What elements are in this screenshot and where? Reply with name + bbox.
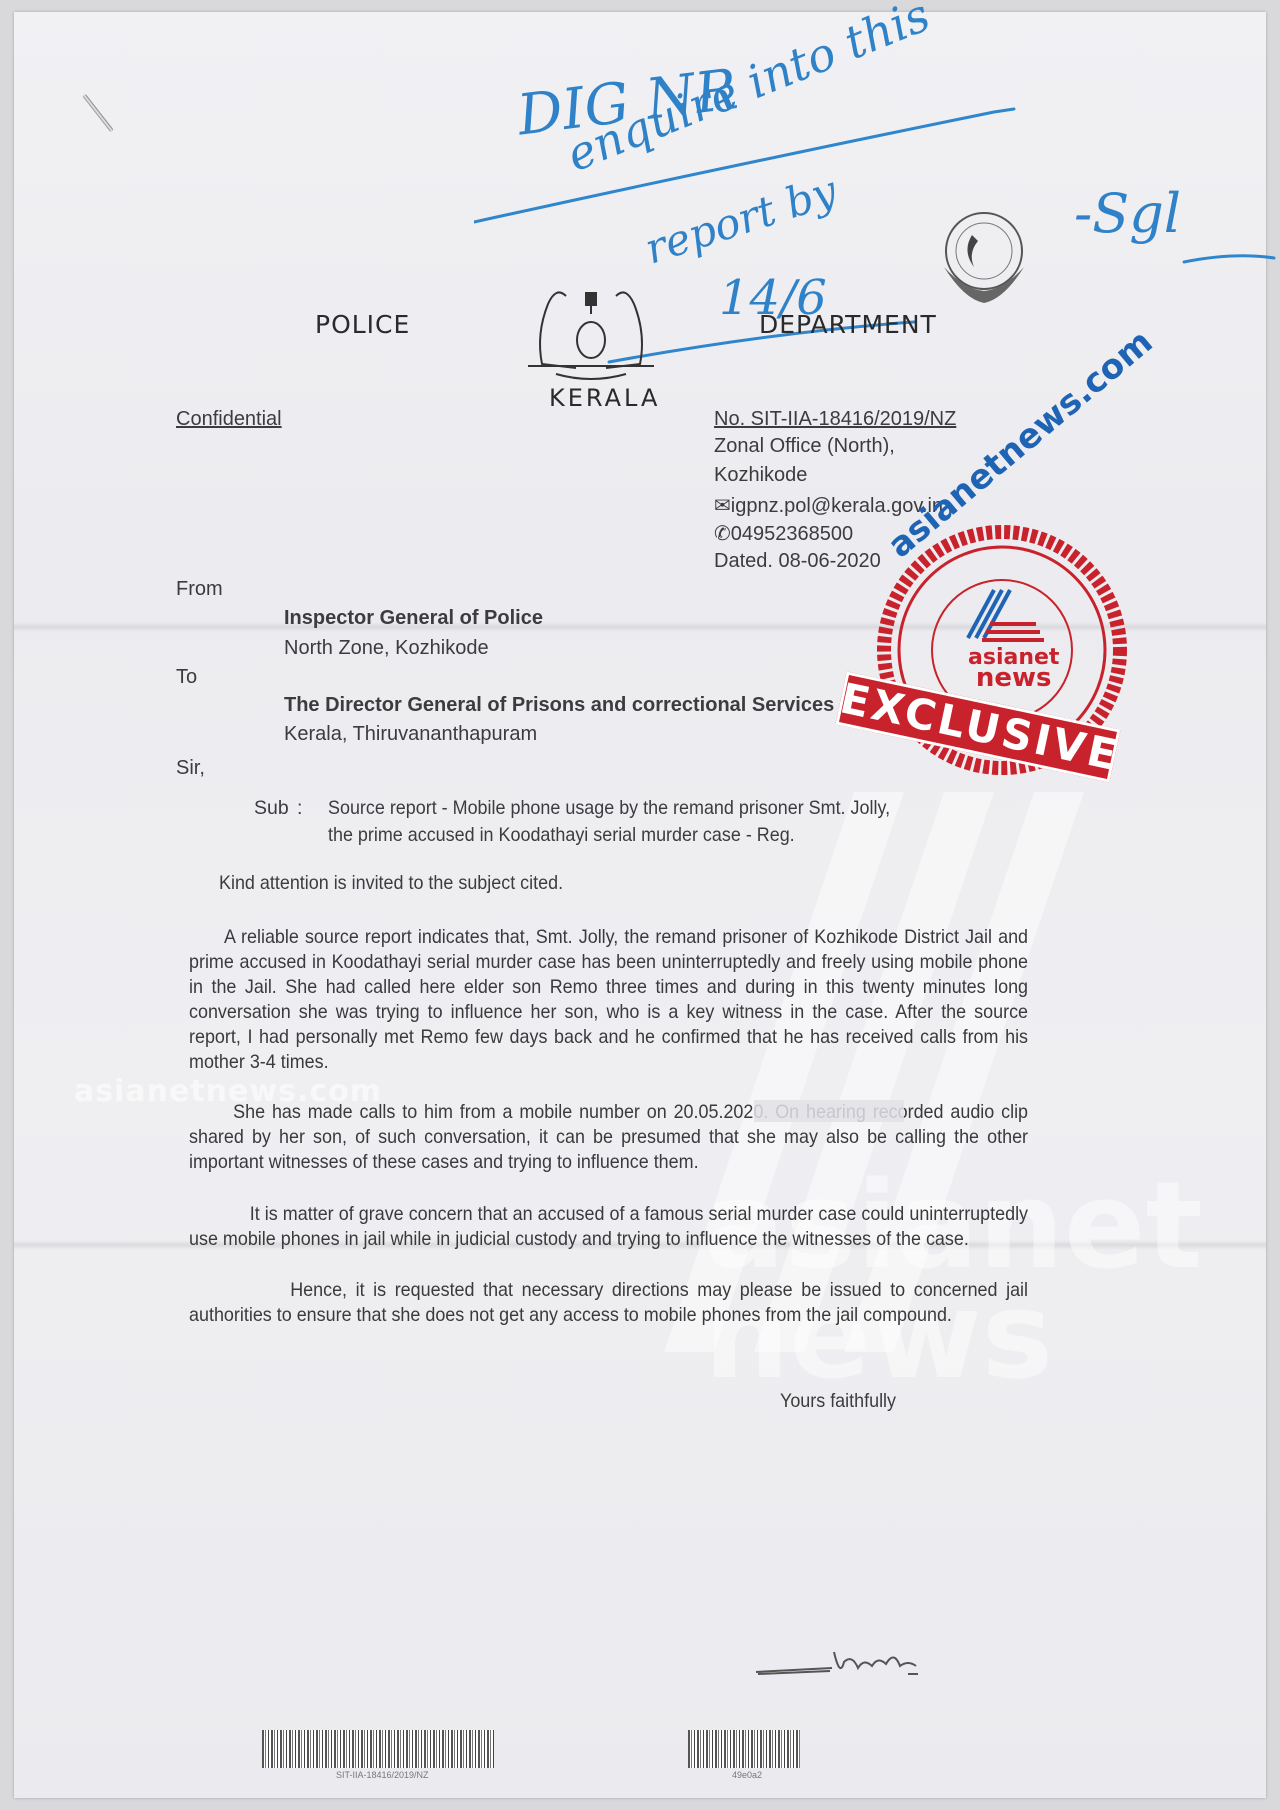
from-label: From — [176, 578, 223, 601]
letterhead-left: POLICE — [315, 310, 410, 339]
reference-number: No. SIT-IIA-18416/2019/NZ — [714, 408, 956, 431]
salutation: Sir, — [176, 757, 205, 780]
classification-label: Confidential — [176, 408, 282, 431]
subject-line-2: the prime accused in Koodathayi serial m… — [328, 824, 795, 847]
redacted-phone-number — [754, 1100, 904, 1122]
subject-separator: : — [297, 797, 302, 820]
letterhead-right: DEPARTMENT — [759, 310, 937, 339]
intro-text: Kind attention is invited to the subject… — [219, 872, 563, 895]
exclusive-stamp: asianetnews.com asianet news EXCLUSIVE — [852, 520, 1152, 800]
from-title: Inspector General of Police — [284, 607, 543, 630]
phone-icon: ✆ — [714, 523, 731, 545]
subject-label: Sub — [254, 797, 289, 820]
paragraph-4: Hence, it is requested that necessary di… — [189, 1278, 1028, 1328]
paragraph-3: It is matter of grave concern that an ac… — [189, 1202, 1028, 1252]
women-safety-logo-icon — [924, 207, 1044, 307]
barcode-right — [688, 1730, 800, 1768]
office-line-1: Zonal Office (North), — [714, 435, 895, 458]
barcode-right-label: 49e0a2 — [732, 1770, 762, 1780]
emblem-caption: KERALA — [549, 384, 660, 412]
closing-text: Yours faithfully — [780, 1390, 896, 1413]
document-page: asianetnews.com asianet news DIG NR enqu… — [14, 12, 1266, 1798]
to-label: To — [176, 666, 197, 689]
to-place: Kerala, Thiruvananthapuram — [284, 723, 537, 746]
barcode-left-label: SIT-IIA-18416/2019/NZ — [336, 1770, 429, 1780]
signature-icon — [752, 1642, 952, 1682]
stamp-logo-text: asianet news — [968, 648, 1059, 688]
envelope-icon: ✉ — [714, 495, 731, 517]
office-line-2: Kozhikode — [714, 464, 807, 487]
note-initials: -Sgl — [1074, 182, 1181, 245]
staple-pin — [82, 94, 113, 133]
from-place: North Zone, Kozhikode — [284, 637, 489, 660]
to-title: The Director General of Prisons and corr… — [284, 694, 834, 717]
subject-line-1: Source report - Mobile phone usage by th… — [328, 797, 890, 820]
stamp-logo-line-2: news — [968, 668, 1059, 688]
paragraph-1: A reliable source report indicates that,… — [189, 925, 1028, 1075]
barcode-left — [262, 1730, 494, 1768]
kerala-emblem-icon — [526, 284, 656, 384]
phone-line: ✆04952368500 — [714, 521, 853, 546]
phone-number: 04952368500 — [731, 523, 853, 545]
